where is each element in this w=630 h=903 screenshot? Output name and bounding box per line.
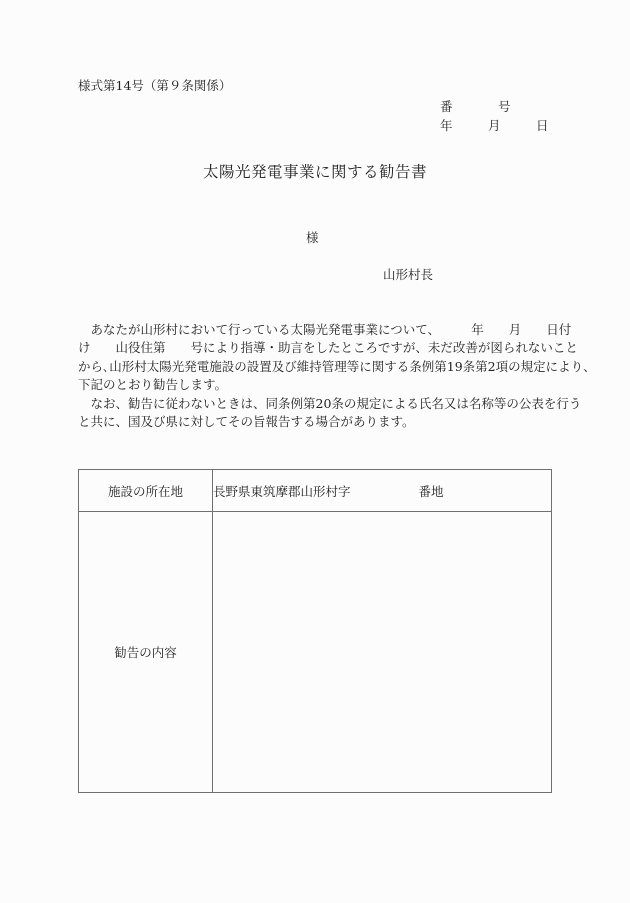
document-number-suffix: 号 <box>498 99 511 115</box>
date-year-label: 年 <box>440 118 453 134</box>
body-line: と共に、国及び県に対してその旨報告する場合があります。 <box>78 413 552 431</box>
facility-address: 長野県東筑摩郡山形村字 <box>213 484 351 499</box>
document-number-label: 番 <box>440 99 453 115</box>
recommendation-content-label: 勧告の内容 <box>79 512 213 793</box>
sender-name: 山形村長 <box>383 267 433 283</box>
date-day-label: 日 <box>536 118 549 134</box>
facility-location-value: 長野県東筑摩郡山形村字番地 <box>213 470 552 512</box>
table-row-facility-location: 施設の所在地 長野県東筑摩郡山形村字番地 <box>79 470 552 512</box>
body-line: なお、勧告に従わないときは、同条例第20条の規定による氏名又は名称等の公表を行う <box>78 395 552 413</box>
body-line: 下記のとおり勧告します。 <box>78 376 552 394</box>
body-line: あなたが山形村において行っている太陽光発電事業について、 年 月 日付 <box>78 321 552 339</box>
addressee-honorific: 様 <box>306 230 319 246</box>
body-line: から､山形村太陽光発電施設の設置及び維持管理等に関する条例第19条第2項の規定に… <box>78 358 552 376</box>
lot-number-suffix: 番地 <box>419 482 444 500</box>
body-line: け 山役住第 号により指導・助言をしたところですが、未だ改善が図られないこと <box>78 339 552 357</box>
form-number: 様式第14号（第９条関係） <box>78 78 231 94</box>
table-row-recommendation-content: 勧告の内容 <box>79 512 552 793</box>
recommendation-content-value <box>213 512 552 793</box>
facility-location-label: 施設の所在地 <box>79 470 213 512</box>
document-title: 太陽光発電事業に関する勧告書 <box>0 161 630 183</box>
date-month-label: 月 <box>488 118 501 134</box>
recommendation-table: 施設の所在地 長野県東筑摩郡山形村字番地 勧告の内容 <box>78 469 552 793</box>
